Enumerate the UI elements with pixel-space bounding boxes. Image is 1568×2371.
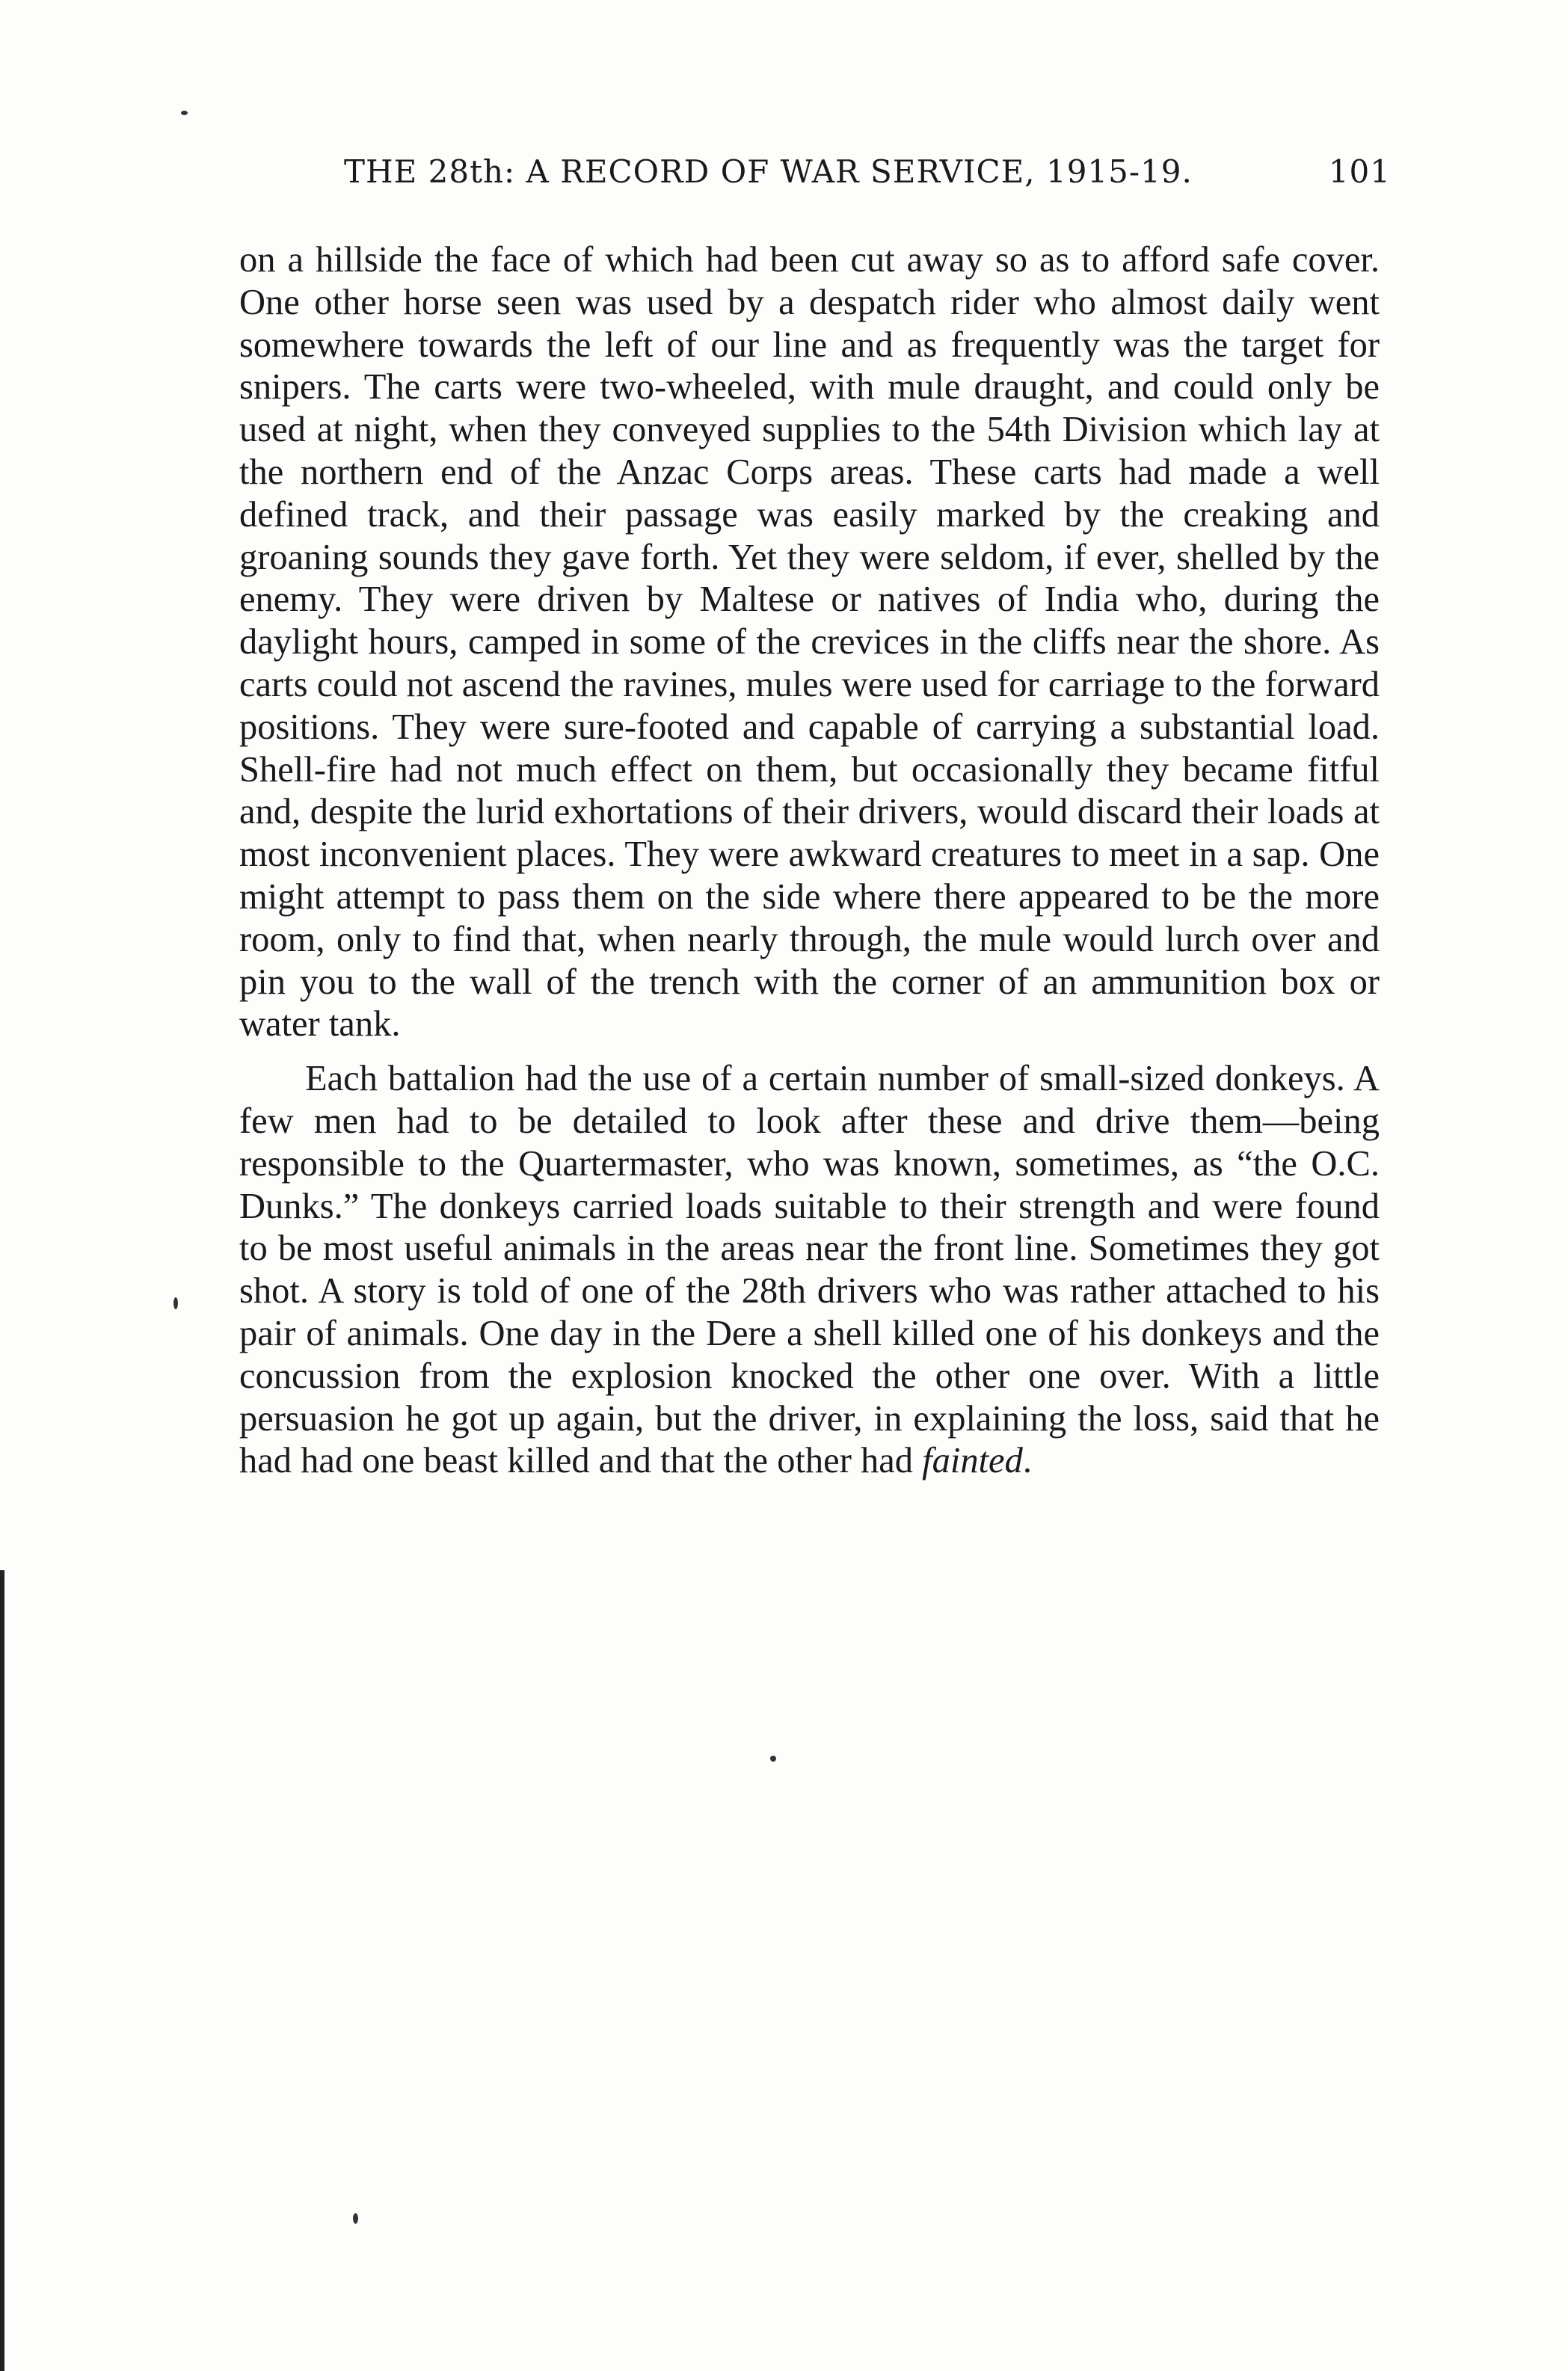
scan-speck bbox=[770, 1756, 776, 1762]
paragraph-1: on a hillside the face of which had been… bbox=[239, 239, 1380, 1046]
scan-speck bbox=[353, 2213, 358, 2224]
scan-speck bbox=[173, 1297, 178, 1309]
running-header: THE 28th: A RECORD OF WAR SERVICE, 1915-… bbox=[344, 153, 1391, 190]
paragraph-2: Each battalion had the use of a certain … bbox=[239, 1058, 1380, 1483]
italic-word: fainted bbox=[922, 1441, 1023, 1480]
running-title: THE 28th: A RECORD OF WAR SERVICE, 1915-… bbox=[344, 153, 1193, 190]
scan-page-edge bbox=[0, 1570, 4, 2371]
page-number: 101 bbox=[1329, 153, 1391, 190]
paragraph-2-end: . bbox=[1023, 1441, 1032, 1480]
page-body: on a hillside the face of which had been… bbox=[239, 239, 1380, 1483]
paragraph-2-text: Each battalion had the use of a certain … bbox=[239, 1059, 1380, 1480]
scan-speck bbox=[181, 111, 188, 115]
